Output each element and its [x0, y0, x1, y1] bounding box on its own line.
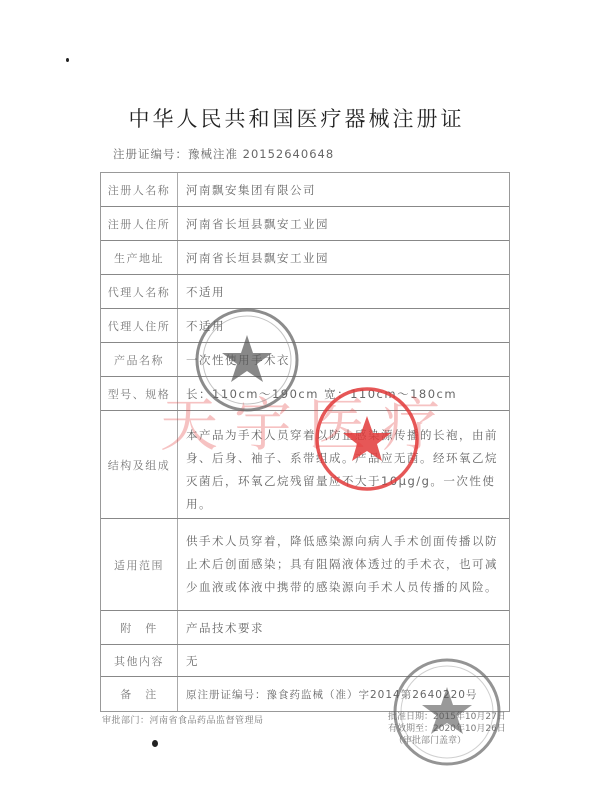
row-label: 代理人名称	[101, 275, 178, 308]
row-value: 产品技术要求	[178, 611, 509, 644]
table-row: 代理人住所不适用	[101, 309, 509, 343]
row-value: 河南飘安集团有限公司	[178, 173, 509, 206]
row-label: 结构及组成	[101, 411, 178, 518]
table-row: 型号、规格长：110cm～190cm 宽：110cm～180cm	[101, 377, 509, 411]
row-label: 注册人名称	[101, 173, 178, 206]
row-label: 产品名称	[101, 343, 178, 376]
row-label: 生产地址	[101, 241, 178, 274]
table-row: 附 件产品技术要求	[101, 611, 509, 645]
row-label: 代理人住所	[101, 309, 178, 342]
approval-date: 批准日期：2015年10月27日	[388, 711, 506, 723]
row-label: 备 注	[101, 677, 178, 711]
table-row: 代理人名称不适用	[101, 275, 509, 309]
row-value: 供手术人员穿着，降低感染源向病人手术创面传播以防止术后创面感染；具有阻隔液体透过…	[178, 519, 509, 610]
valid-until: 有效期至：2020年10月26日	[388, 723, 506, 735]
approval-dates: 批准日期：2015年10月27日 有效期至：2020年10月26日 （审批部门盖…	[388, 711, 506, 747]
approving-department: 审批部门：河南省食品药品监督管理局	[102, 713, 264, 726]
page-title: 中华人民共和国医疗器械注册证	[0, 103, 593, 133]
row-label: 注册人住所	[101, 207, 178, 240]
table-row: 注册人名称河南飘安集团有限公司	[101, 173, 509, 207]
row-value: 不适用	[178, 309, 509, 342]
table-row: 其他内容无	[101, 645, 509, 677]
row-value: 一次性使用手术衣	[178, 343, 509, 376]
certificate-table: 注册人名称河南飘安集团有限公司 注册人住所河南省长垣县飘安工业园 生产地址河南省…	[100, 172, 510, 712]
row-value: 原注册证编号：豫食药监械（准）字2014第2640220号	[178, 677, 509, 711]
row-label: 其他内容	[101, 645, 178, 676]
table-row: 产品名称一次性使用手术衣	[101, 343, 509, 377]
registration-number-value: 豫械注准 20152640648	[188, 147, 334, 161]
row-value: 长：110cm～190cm 宽：110cm～180cm	[178, 377, 509, 410]
scan-speck	[66, 58, 69, 62]
seal-note: （审批部门盖章）	[388, 735, 506, 747]
table-row: 适用范围供手术人员穿着，降低感染源向病人手术创面传播以防止术后创面感染；具有阻隔…	[101, 519, 509, 611]
row-value: 河南省长垣县飘安工业园	[178, 241, 509, 274]
table-row: 注册人住所河南省长垣县飘安工业园	[101, 207, 509, 241]
row-label: 附 件	[101, 611, 178, 644]
scan-speck	[152, 740, 158, 747]
table-row: 结构及组成本产品为手术人员穿着以防止感染源传播的长袍，由前身、后身、袖子、系带组…	[101, 411, 509, 519]
row-value: 本产品为手术人员穿着以防止感染源传播的长袍，由前身、后身、袖子、系带组成。产品应…	[178, 411, 509, 518]
row-value: 无	[178, 645, 509, 676]
table-row: 生产地址河南省长垣县飘安工业园	[101, 241, 509, 275]
row-value: 不适用	[178, 275, 509, 308]
registration-number-label: 注册证编号：	[113, 147, 188, 161]
row-value: 河南省长垣县飘安工业园	[178, 207, 509, 240]
row-label: 型号、规格	[101, 377, 178, 410]
registration-number: 注册证编号：豫械注准 20152640648	[113, 146, 334, 162]
table-row: 备 注原注册证编号：豫食药监械（准）字2014第2640220号	[101, 677, 509, 711]
row-label: 适用范围	[101, 519, 178, 610]
